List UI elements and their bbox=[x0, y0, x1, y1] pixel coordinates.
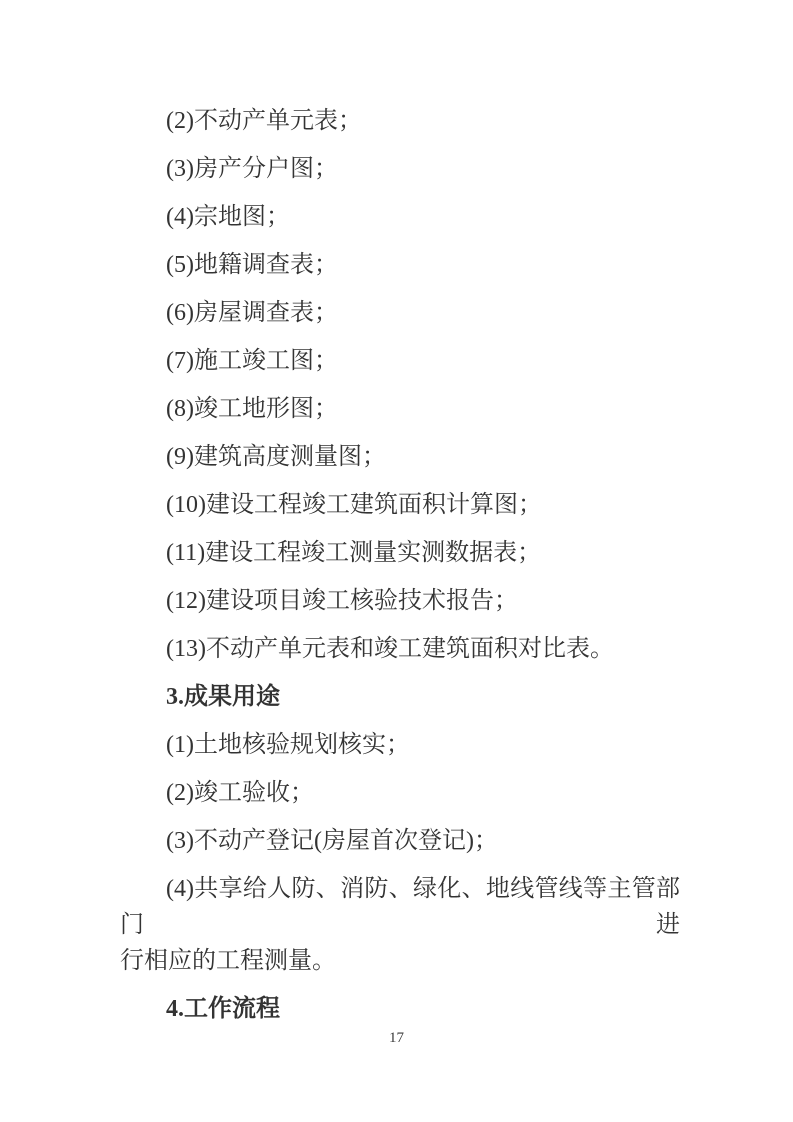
document-body: (2)不动产单元表； (3)房产分户图； (4)宗地图； (5)地籍调查表； (… bbox=[120, 103, 680, 1039]
usage-item-4-sharing-departments-line-1: (4)共享给人防、消防、绿化、地线管线等主管部门进 bbox=[120, 871, 680, 943]
usage-item-1-land-verification: (1)土地核验规划核实； bbox=[120, 727, 680, 763]
list-item-2-real-estate-unit-table: (2)不动产单元表； bbox=[120, 103, 680, 139]
usage-item-2-completion-acceptance: (2)竣工验收； bbox=[120, 775, 680, 811]
list-item-12-technical-report: (12)建设项目竣工核验技术报告； bbox=[120, 583, 680, 619]
list-item-13-comparison-table: (13)不动产单元表和竣工建筑面积对比表。 bbox=[120, 631, 680, 667]
list-item-9-building-height-survey-map: (9)建筑高度测量图； bbox=[120, 439, 680, 475]
list-item-10-floor-area-calculation-map: (10)建设工程竣工建筑面积计算图； bbox=[120, 487, 680, 523]
page-number: 17 bbox=[0, 1030, 793, 1046]
list-item-6-house-survey-table: (6)房屋调查表； bbox=[120, 295, 680, 331]
section-heading-4-workflow: 4.工作流程 bbox=[120, 991, 680, 1027]
usage-item-4-sharing-departments-line-2: 行相应的工程测量。 bbox=[120, 943, 680, 979]
list-item-4-parcel-map: (4)宗地图； bbox=[120, 199, 680, 235]
section-heading-3-results-usage: 3.成果用途 bbox=[120, 679, 680, 715]
list-item-8-completion-topographic-map: (8)竣工地形图； bbox=[120, 391, 680, 427]
list-item-11-measured-data-table: (11)建设工程竣工测量实测数据表； bbox=[120, 535, 680, 571]
list-item-7-construction-completion-map: (7)施工竣工图； bbox=[120, 343, 680, 379]
usage-item-3-real-estate-registration: (3)不动产登记(房屋首次登记)； bbox=[120, 823, 680, 859]
list-item-5-cadastral-survey-table: (5)地籍调查表； bbox=[120, 247, 680, 283]
list-item-3-housing-subdivision-map: (3)房产分户图； bbox=[120, 151, 680, 187]
document-page: (2)不动产单元表； (3)房产分户图； (4)宗地图； (5)地籍调查表； (… bbox=[0, 0, 793, 1122]
